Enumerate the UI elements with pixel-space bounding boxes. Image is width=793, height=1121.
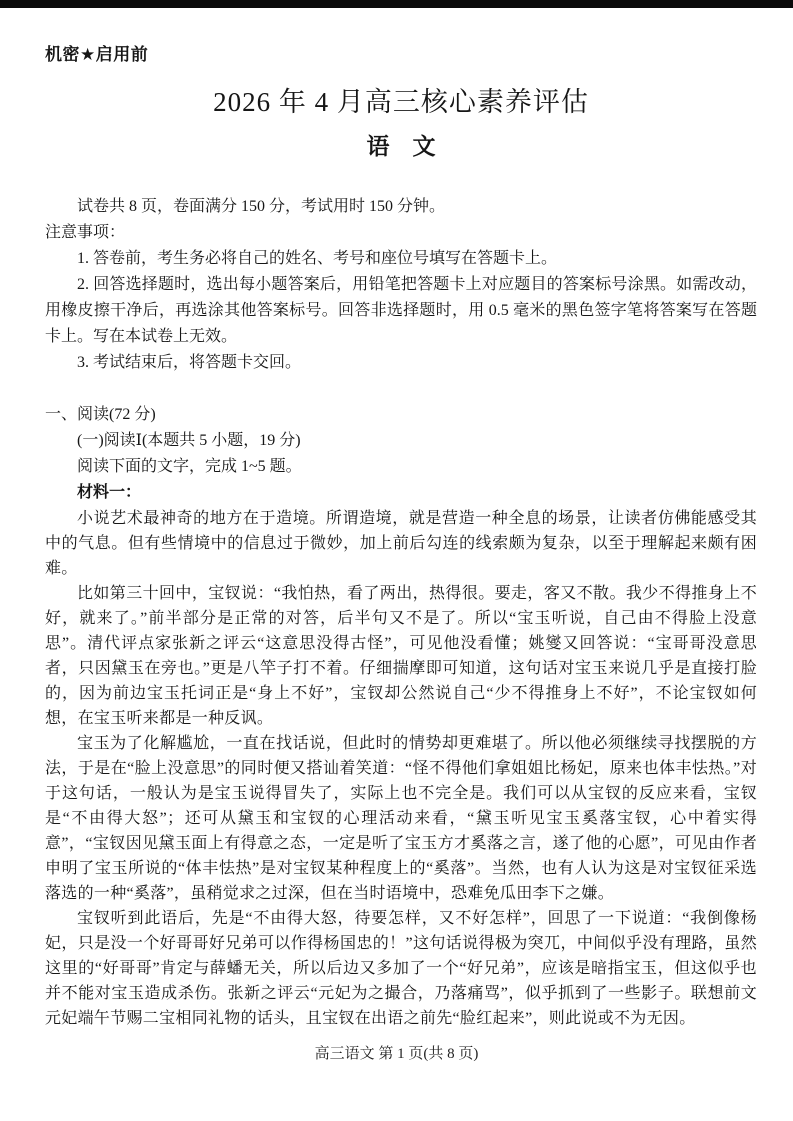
exam-title: 2026 年 4 月高三核心素养评估 xyxy=(45,80,757,119)
notice-item-1: 1. 答卷前，考生务必将自己的姓名、考号和座位号填写在答题卡上。 xyxy=(45,246,757,272)
material-paragraph-1: 小说艺术最神奇的地方在于造境。所谓造境，就是营造一种全息的场景，让读者仿佛能感受… xyxy=(45,506,757,581)
security-classification: 机密★启用前 xyxy=(45,40,757,65)
notice-item-3: 3. 考试结束后，将答题卡交回。 xyxy=(45,350,757,376)
subject-title: 语 文 xyxy=(45,128,757,161)
notice-heading: 注意事项： xyxy=(45,220,757,246)
material-one-label: 材料一： xyxy=(45,480,757,506)
reading-section: 一、阅读(72 分) (一)阅读Ⅰ(本题共 5 小题，19 分) 阅读下面的文字… xyxy=(45,402,757,1031)
subsection-heading: (一)阅读Ⅰ(本题共 5 小题，19 分) xyxy=(45,428,757,454)
section-heading: 一、阅读(72 分) xyxy=(45,402,757,428)
exam-paper-page: 机密★启用前 2026 年 4 月高三核心素养评估 语 文 试卷共 8 页，卷面… xyxy=(0,0,793,1121)
exam-info-line: 试卷共 8 页，卷面满分 150 分，考试用时 150 分钟。 xyxy=(45,194,757,220)
reading-instruction: 阅读下面的文字，完成 1~5 题。 xyxy=(45,454,757,480)
notice-item-2: 2. 回答选择题时，选出每小题答案后，用铅笔把答题卡上对应题目的答案标号涂黑。如… xyxy=(45,272,757,350)
material-paragraph-2: 比如第三十回中，宝钗说：“我怕热，看了两出，热得很。要走，客又不散。我少不得推身… xyxy=(45,581,757,731)
page-number-footer: 高三语文 第 1 页(共 8 页) xyxy=(0,1042,793,1063)
material-paragraph-4: 宝钗听到此语后，先是“不由得大怒，待要怎样，又不好怎样”，回思了一下说道：“我倒… xyxy=(45,906,757,1031)
exam-notice-block: 试卷共 8 页，卷面满分 150 分，考试用时 150 分钟。 注意事项： 1.… xyxy=(45,194,757,376)
scan-artifact-bar xyxy=(0,0,793,8)
material-paragraph-3: 宝玉为了化解尴尬，一直在找话说，但此时的情势却更难堪了。所以他必须继续寻找摆脱的… xyxy=(45,731,757,906)
